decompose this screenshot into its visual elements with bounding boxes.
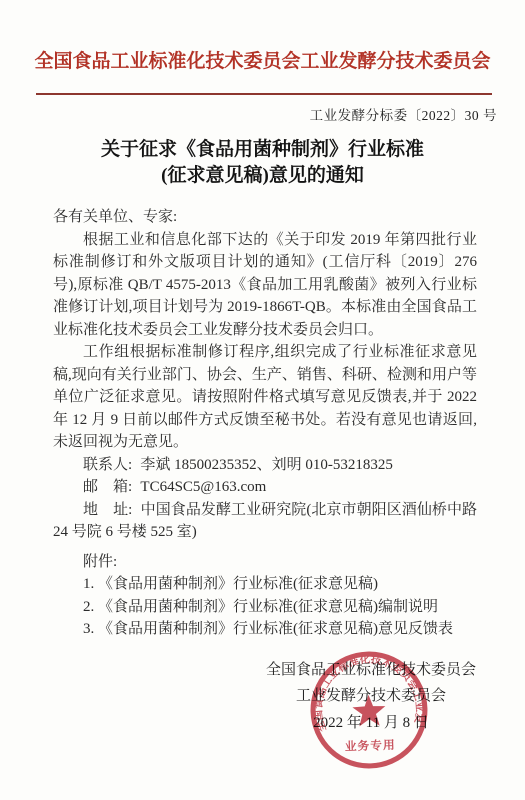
document-page: 全国食品工业标准化技术委员会工业发酵分技术委员会 工业发酵分标委〔2022〕30…: [0, 0, 525, 800]
notice-title-line2: (征求意见稿)意见的通知: [0, 163, 525, 189]
notice-title: 关于征求《食品用菌种制剂》行业标准 (征求意见稿)意见的通知: [0, 137, 525, 189]
document-number: 工业发酵分标委〔2022〕30 号: [0, 104, 497, 124]
stamp-star-icon: [352, 694, 386, 726]
salutation: 各有关单位、专家:: [53, 206, 477, 229]
attachments-label: 附件:: [53, 551, 477, 574]
contact-email-value: TC64SC5@163.com: [140, 479, 266, 495]
attachment-item-3: 3. 《食品用菌种制剂》行业标准(征求意见稿)意见反馈表: [53, 618, 477, 641]
notice-title-line1: 关于征求《食品用菌种制剂》行业标准: [0, 137, 525, 163]
contact-email-label: 邮 箱:: [83, 479, 132, 495]
body-paragraph-2: 工作组根据标准制修订程序,组织完成了行业标准征求意见稿,现向有关行业部门、协会、…: [53, 341, 477, 454]
contact-address-label: 地 址:: [83, 502, 132, 518]
contact-person-value: 李斌 18500235352、刘明 010-53218325: [140, 457, 393, 473]
issuing-org-header: 全国食品工业标准化技术委员会工业发酵分技术委员会: [28, 0, 497, 73]
attachment-item-1: 1. 《食品用菌种制剂》行业标准(征求意见稿): [53, 573, 477, 596]
contact-email-line: 邮 箱:TC64SC5@163.com: [53, 476, 477, 499]
stamp-bottom-text: 业务专用: [345, 738, 396, 754]
contact-address-line: 地 址:中国食品发酵工业研究院(北京市朝阳区酒仙桥中路 24 号院 6 号楼 5…: [53, 499, 477, 544]
contact-person-line: 联系人:李斌 18500235352、刘明 010-53218325: [53, 454, 477, 477]
notice-body: 各有关单位、专家: 根据工业和信息化部下达的《关于印发 2019 年第四批行业标…: [53, 206, 477, 641]
body-paragraph-1: 根据工业和信息化部下达的《关于印发 2019 年第四批行业标准制修订和外文版项目…: [53, 229, 477, 342]
attachment-item-2: 2. 《食品用菌种制剂》行业标准(征求意见稿)编制说明: [53, 596, 477, 619]
header-divider-rule: [36, 93, 492, 95]
contact-person-label: 联系人:: [83, 457, 132, 473]
official-stamp: 全国食品工业标准化技术委员会工业发酵分技术委员会 业务专用: [306, 647, 432, 773]
stamp-svg: 全国食品工业标准化技术委员会工业发酵分技术委员会 业务专用: [306, 647, 432, 773]
